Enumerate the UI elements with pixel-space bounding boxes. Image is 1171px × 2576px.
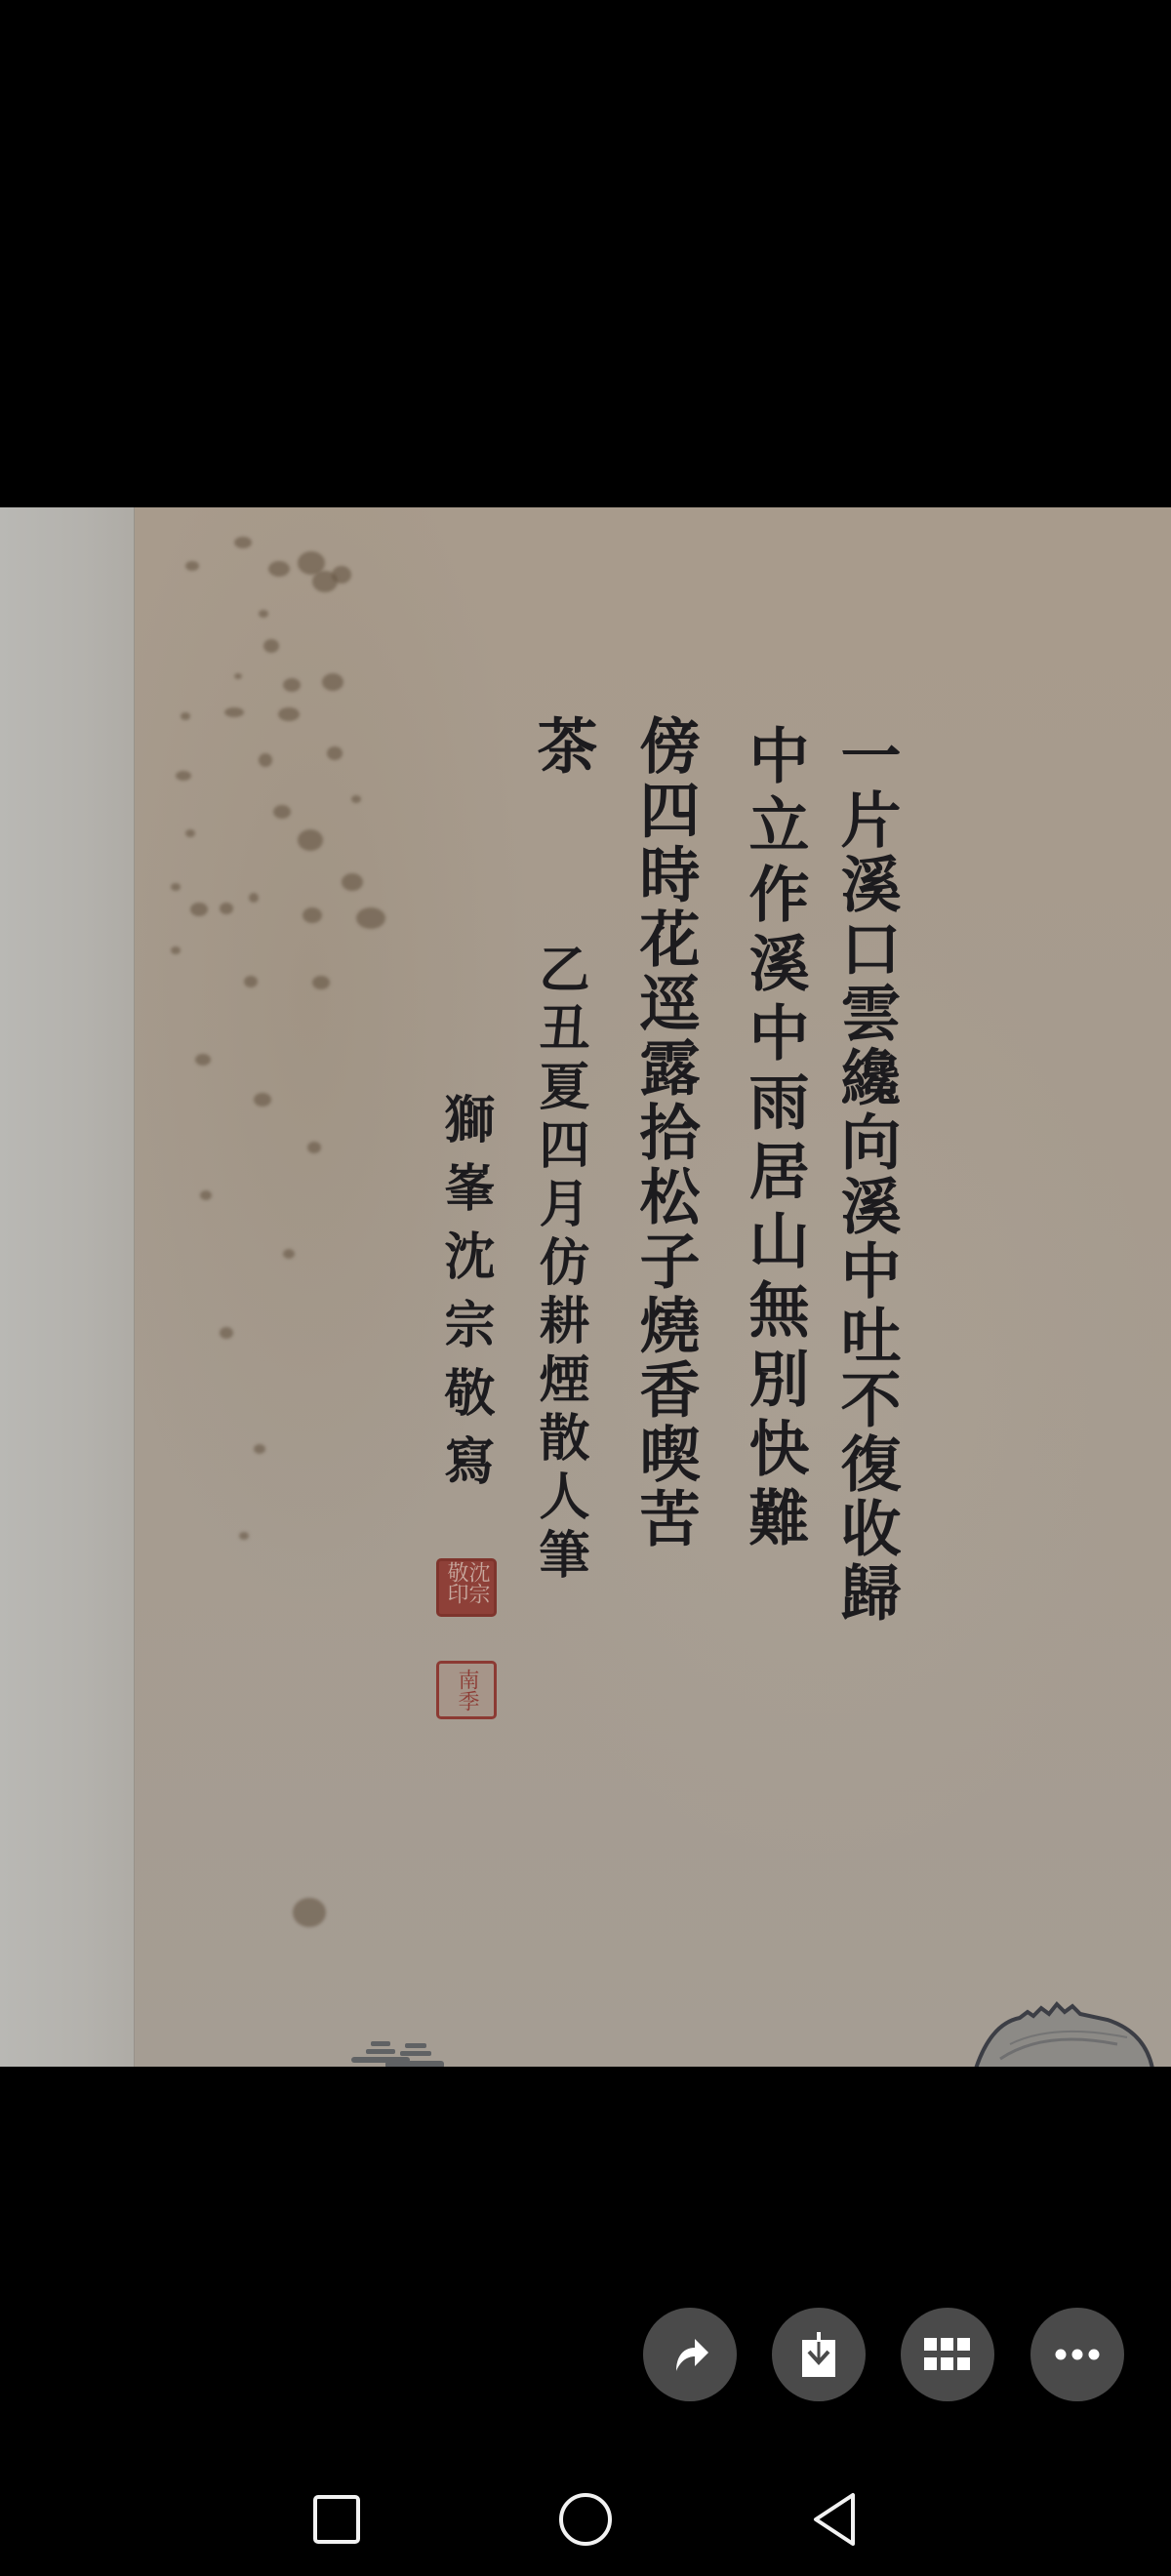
pine-trees-sketch — [332, 2030, 459, 2067]
artwork-photo[interactable]: 一片溪口雲纔向溪中吐不復收歸 中立作溪中雨居山無別快難 傍四時花逕露拾松子燒香喫… — [0, 507, 1171, 2067]
poem-column-2: 中立作溪中雨居山無別快難 — [744, 724, 804, 1555]
mountain-sketch — [971, 2000, 1166, 2067]
download-icon — [796, 2330, 841, 2379]
square-icon — [312, 2494, 361, 2545]
download-button[interactable] — [772, 2308, 866, 2401]
home-button[interactable] — [554, 2488, 617, 2551]
seal-artist-name: 沈宗敬印 — [436, 1558, 497, 1617]
signature-column: 獅峯沈宗敬寫 — [439, 1093, 490, 1503]
image-viewer: 一片溪口雲纔向溪中吐不復收歸 中立作溪中雨居山無別快難 傍四時花逕露拾松子燒香喫… — [0, 0, 1171, 2576]
action-bar — [0, 2308, 1171, 2401]
share-button[interactable] — [643, 2308, 737, 2401]
grid-button[interactable] — [901, 2308, 994, 2401]
seal-studio-name: 南季 — [436, 1661, 497, 1719]
circle-icon — [557, 2491, 614, 2548]
recents-button[interactable] — [305, 2488, 368, 2551]
more-icon — [1055, 2349, 1100, 2360]
grid-icon — [924, 2338, 971, 2371]
share-icon — [667, 2332, 712, 2377]
poem-column-3: 傍四時花逕露拾松子燒香喫苦 — [634, 714, 695, 1551]
system-navigation-bar — [0, 2459, 1171, 2576]
back-button[interactable] — [803, 2488, 866, 2551]
triangle-back-icon — [810, 2491, 859, 2548]
inscription-date-column: 乙丑夏四月仿耕煙散人筆 — [534, 943, 585, 1587]
poem-column-4: 茶 — [532, 714, 592, 779]
silk-mounting-border — [0, 507, 137, 2067]
more-options-button[interactable] — [1030, 2308, 1124, 2401]
poem-column-1: 一片溪口雲纔向溪中吐不復收歸 — [835, 724, 896, 1626]
